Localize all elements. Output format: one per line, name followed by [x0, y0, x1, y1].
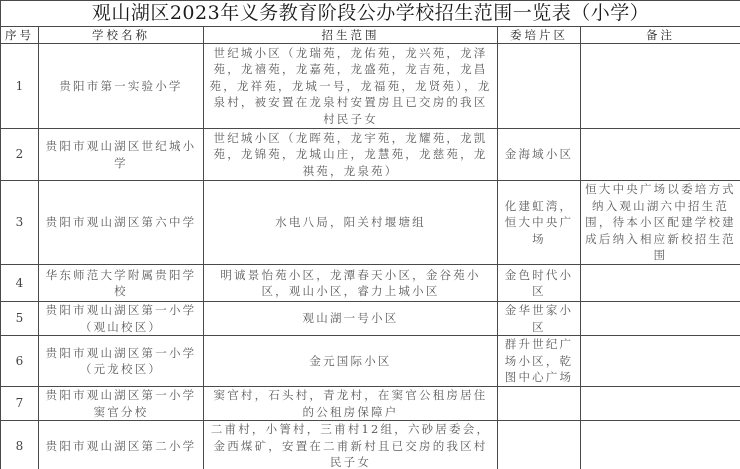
remarks [581, 421, 740, 469]
row-number: 2 [1, 129, 39, 181]
table-row: 7 贵阳市观山湖区第一小学窦官分校 窦官村，石头村，青龙村，在窦官公租房居住的公… [1, 387, 740, 421]
row-number: 4 [1, 265, 39, 302]
commissioned-zone: 化建虹湾，恒大中央广场 [498, 181, 581, 265]
school-name: 贵阳市第一实验小学 [39, 44, 204, 129]
commissioned-zone [498, 44, 581, 129]
table-row: 6 贵阳市观山湖区第一小学（元龙校区） 金元国际小区 群升世纪广场小区，乾图中心… [1, 336, 740, 387]
school-name: 贵阳市观山湖区第一小学（元龙校区） [39, 336, 204, 387]
school-name: 贵阳市观山湖区第一小学窦官分校 [39, 387, 204, 421]
table-title: 观山湖区2023年义务教育阶段公办学校招生范围一览表（小学） [1, 1, 740, 27]
remarks [581, 44, 740, 129]
header-row: 序号 学校名称 招生范围 委培片区 备注 [1, 27, 740, 44]
enrollment-scope: 观山湖一号小区 [204, 302, 498, 336]
col-header-school: 学校名称 [39, 27, 204, 44]
enrollment-scope: 水电八局，阳关村堰塘组 [204, 181, 498, 265]
row-number: 3 [1, 181, 39, 265]
table-row: 2 贵阳市观山湖区世纪城小学 世纪城小区（龙晖苑，龙宇苑，龙耀苑，龙凯苑，龙锦苑… [1, 129, 740, 181]
commissioned-zone: 群升世纪广场小区，乾图中心广场 [498, 336, 581, 387]
row-number: 6 [1, 336, 39, 387]
enrollment-scope: 窦官村，石头村，青龙村，在窦官公租房居住的公租房保障户 [204, 387, 498, 421]
remarks [581, 265, 740, 302]
remarks [581, 129, 740, 181]
school-name: 贵阳市观山湖区第二小学 [39, 421, 204, 469]
table-row: 4 华东师范大学附属贵阳学校 明诚景怡苑小区，龙潭春天小区，金谷苑小区，观山小区… [1, 265, 740, 302]
enrollment-scope: 金元国际小区 [204, 336, 498, 387]
school-name: 贵阳市观山湖区世纪城小学 [39, 129, 204, 181]
row-number: 7 [1, 387, 39, 421]
remarks [581, 336, 740, 387]
enrollment-scope: 二甫村，小箐村，三甫村12组，六砂居委会，金西煤矿，安置在二甫新村且已交房的我区… [204, 421, 498, 469]
enrollment-sheet: 观山湖区2023年义务教育阶段公办学校招生范围一览表（小学） 序号 学校名称 招… [0, 0, 740, 469]
table-row: 3 贵阳市观山湖区第六中学 水电八局，阳关村堰塘组 化建虹湾，恒大中央广场 恒大… [1, 181, 740, 265]
enrollment-scope: 明诚景怡苑小区，龙潭春天小区，金谷苑小区，观山小区，睿力上城小区 [204, 265, 498, 302]
school-name: 贵阳市观山湖区第六中学 [39, 181, 204, 265]
enrollment-table: 观山湖区2023年义务教育阶段公办学校招生范围一览表（小学） 序号 学校名称 招… [0, 0, 740, 469]
remarks: 恒大中央广场以委培方式纳入观山湖六中招生范围，待本小区配建学校建成后纳入相应新校… [581, 181, 740, 265]
commissioned-zone: 金色时代小区 [498, 265, 581, 302]
school-name: 华东师范大学附属贵阳学校 [39, 265, 204, 302]
col-header-note: 备注 [581, 27, 740, 44]
remarks [581, 387, 740, 421]
enrollment-scope: 世纪城小区（龙瑞苑，龙佑苑，龙兴苑，龙泽苑，龙禧苑，龙嘉苑，龙盛苑，龙吉苑，龙昌… [204, 44, 498, 129]
commissioned-zone: 金海域小区 [498, 129, 581, 181]
col-header-zone: 委培片区 [498, 27, 581, 44]
commissioned-zone [498, 421, 581, 469]
col-header-no: 序号 [1, 27, 39, 44]
table-row: 1 贵阳市第一实验小学 世纪城小区（龙瑞苑，龙佑苑，龙兴苑，龙泽苑，龙禧苑，龙嘉… [1, 44, 740, 129]
row-number: 8 [1, 421, 39, 469]
row-number: 5 [1, 302, 39, 336]
table-row: 5 贵阳市观山湖区第一小学（观山校区） 观山湖一号小区 金华世家小区 [1, 302, 740, 336]
table-row: 8 贵阳市观山湖区第二小学 二甫村，小箐村，三甫村12组，六砂居委会，金西煤矿，… [1, 421, 740, 469]
school-name: 贵阳市观山湖区第一小学（观山校区） [39, 302, 204, 336]
row-number: 1 [1, 44, 39, 129]
col-header-scope: 招生范围 [204, 27, 498, 44]
remarks [581, 302, 740, 336]
commissioned-zone [498, 387, 581, 421]
commissioned-zone: 金华世家小区 [498, 302, 581, 336]
enrollment-scope: 世纪城小区（龙晖苑，龙宇苑，龙耀苑，龙凯苑，龙锦苑，龙城山庄，龙慧苑，龙慈苑，龙… [204, 129, 498, 181]
